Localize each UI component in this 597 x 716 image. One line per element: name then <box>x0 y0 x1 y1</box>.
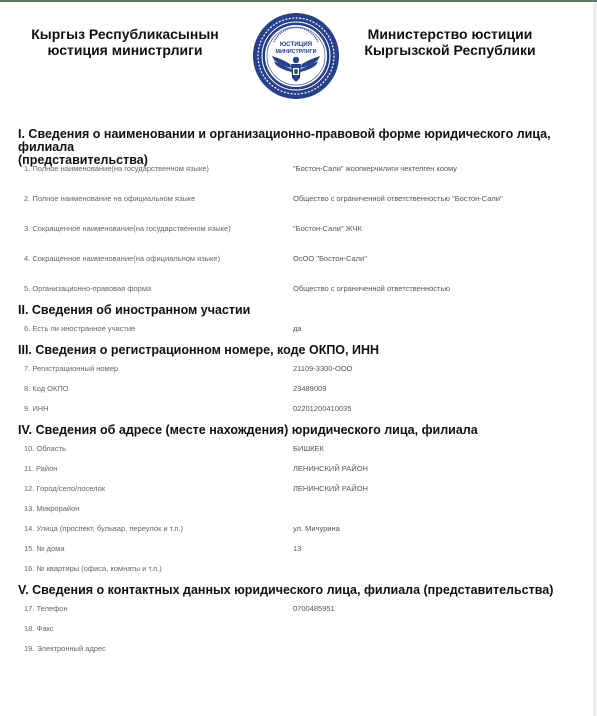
scrollbar-track[interactable] <box>593 2 597 716</box>
row-label: 3. Сокращенное наименование(на государст… <box>24 224 231 233</box>
row-label: 4. Сокращенное наименование(на официальн… <box>24 254 220 263</box>
row-value: "Бостон-Сали" ЖЧК <box>293 224 362 233</box>
header-title-russian-line2: Кыргызской Республики <box>350 42 550 58</box>
row-value: 23489009 <box>293 384 326 393</box>
row-value: 21109-3300-ООО <box>293 364 352 373</box>
ministry-emblem-icon: ЮСТИЦИЯ МИНИСТРЛИГИ <box>252 12 340 100</box>
row-label: 17. Телефон <box>24 604 68 613</box>
row-label: 14. Улица (проспект, бульвар, переулок и… <box>24 524 183 533</box>
section-title-contacts: V. Сведения о контактных данных юридичес… <box>18 584 578 597</box>
row-value: Общество с ограниченной ответственностью… <box>293 194 503 203</box>
row-label: 18. Факс <box>24 624 54 633</box>
row-value: ЛЕНИНСКИЙ РАЙОН <box>293 464 368 473</box>
row-value: "Бостон-Сали" жоопкерчилиги чектелген ко… <box>293 164 457 173</box>
row-label: 7. Регистрационный номер <box>24 364 118 373</box>
row-value: ул. Мичурина <box>293 524 340 533</box>
section-title-registration: III. Сведения о регистрационном номере, … <box>18 344 578 357</box>
header-title-kyrgyz-line1: Кыргыз Республикасынын <box>10 26 240 42</box>
row-label: 9. ИНН <box>24 404 49 413</box>
row-label: 5. Организационно-правовая форма <box>24 284 151 293</box>
header-title-kyrgyz: Кыргыз Республикасынын юстиция министрли… <box>10 26 240 58</box>
section-title-foreign-participation: II. Сведения об иностранном участии <box>18 304 578 317</box>
section-title-address: IV. Сведения об адресе (месте нахождения… <box>18 424 578 437</box>
section-title-name-info: I. Сведения о наименовании и организацио… <box>18 128 578 167</box>
row-value: Общество с ограниченной ответственностью <box>293 284 450 293</box>
row-value: 13 <box>293 544 301 553</box>
section-title-line: I. Сведения о наименовании и организацио… <box>18 128 578 154</box>
header-title-russian-line1: Министерство юстиции <box>350 26 550 42</box>
row-value: ЛЕНИНСКИЙ РАЙОН <box>293 484 368 493</box>
header-title-kyrgyz-line2: юстиция министрлиги <box>10 42 240 58</box>
row-label: 15. № дома <box>24 544 65 553</box>
row-value: БИШКЕК <box>293 444 324 453</box>
row-label: 2. Полное наименование на официальном яз… <box>24 194 195 203</box>
row-label: 13. Микрорайон <box>24 504 79 513</box>
row-label: 19. Электронный адрес <box>24 644 106 653</box>
row-label: 12. Город/село/поселок <box>24 484 105 493</box>
row-label: 16. № квартиры (офиса, комнаты и т.п.) <box>24 564 162 573</box>
row-label: 1. Полное наименование(на государственно… <box>24 164 209 173</box>
svg-text:МИНИСТРЛИГИ: МИНИСТРЛИГИ <box>275 49 316 55</box>
row-label: 8. Код ОКПО <box>24 384 69 393</box>
row-label: 6. Есть ли иностранное участие <box>24 324 135 333</box>
row-value: ОсОО "Бостон-Сали" <box>293 254 367 263</box>
document-header: Кыргыз Республикасынын юстиция министрли… <box>0 0 593 110</box>
header-title-russian: Министерство юстиции Кыргызской Республи… <box>350 26 550 58</box>
row-label: 10. Область <box>24 444 66 453</box>
row-value: да <box>293 324 302 333</box>
row-label: 11. Район <box>24 464 57 473</box>
row-value: 02201200410035 <box>293 404 351 413</box>
row-value: 0700485951 <box>293 604 335 613</box>
svg-text:ЮСТИЦИЯ: ЮСТИЦИЯ <box>280 41 313 48</box>
